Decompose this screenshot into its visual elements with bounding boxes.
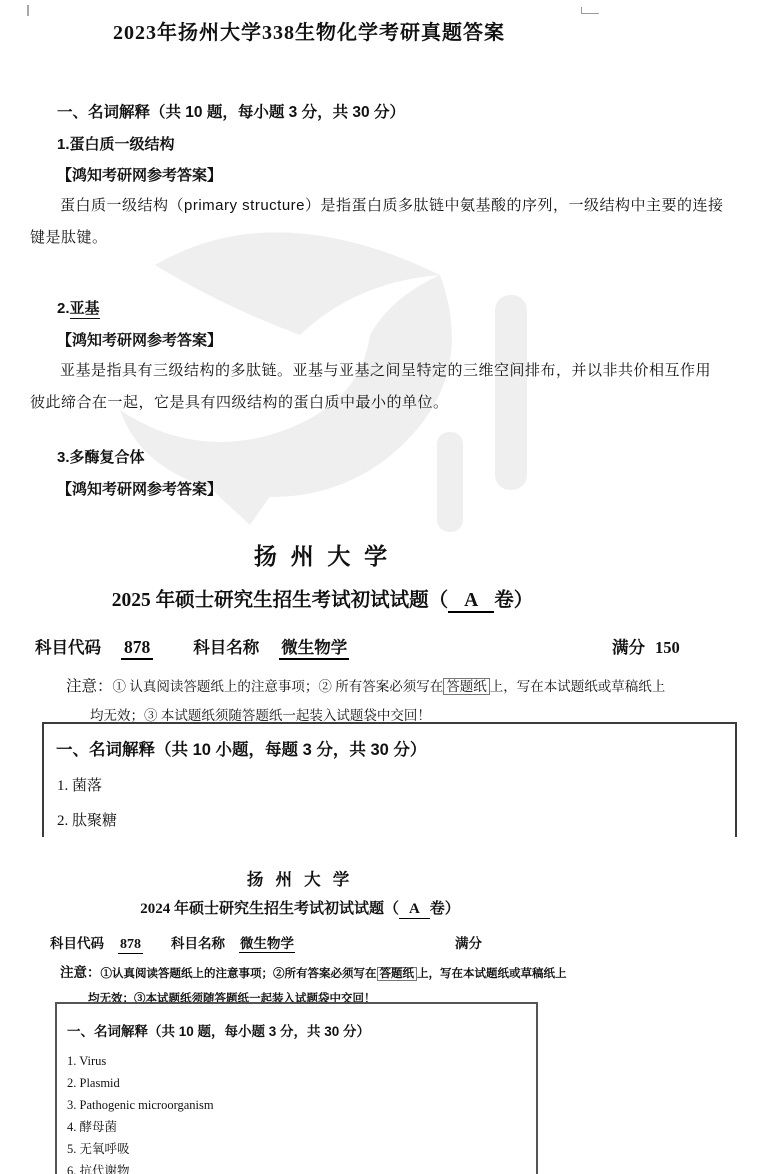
question-2024-1: 1. Virus [67,1050,536,1072]
term-2-number: 2. [57,300,70,317]
term-3-text: 多酶复合体 [70,449,145,466]
term-1-number: 1. [57,136,70,153]
term-2: 2.亚基 [57,297,100,318]
term-3: 3.多酶复合体 [57,446,145,467]
notice-2024-line1: 注意：①认真阅读答题纸上的注意事项；②所有答案必须写在答题纸上，写在本试题纸或草… [60,960,710,987]
answer-label-1: 【鸿知考研网参考答案】 [57,164,222,185]
question-2024-3: 3. Pathogenic microorganism [67,1094,536,1116]
answer-text-1: 蛋白质一级结构（primary structure）是指蛋白质多肽链中氨基酸的序… [30,190,736,254]
page-title: 2023年扬州大学338生物化学考研真题答案 [0,16,618,45]
section-heading-2023: 一、名词解释（共 10 题，每小题 3 分，共 30 分） [57,100,405,122]
notice-2025-part2: 上，写在本试题纸或草稿纸上 [490,679,666,694]
subject-name-label-2024: 科目名称 [171,936,225,951]
notice-2024-part1: ①认真阅读答题纸上的注意事项；②所有答案必须写在 [101,968,377,980]
notice-label-2025: 注意： [66,678,113,695]
full-score-label-2025: 满分 [612,638,645,657]
question-2024-5: 5. 无氧呼吸 [67,1138,536,1160]
question-section-heading-2025: 一、名词解释（共 10 小题，每题 3 分，共 30 分） [56,736,735,760]
term-3-number: 3. [57,449,70,466]
question-box-2025: 一、名词解释（共 10 小题，每题 3 分，共 30 分） 1. 菌落 2. 肽… [42,722,737,837]
exam-title-2025: 2025 年硕士研究生招生考试初试试题（A卷） [0,584,645,613]
full-score-label-2024: 满分 [455,936,482,951]
term-2-text: 亚基 [70,300,100,319]
answer-label-2: 【鸿知考研网参考答案】 [57,329,222,350]
subject-code-2024: 878 [118,937,143,954]
university-name-2024: 扬 州 大 学 [0,866,600,890]
subject-code-label-2025: 科目代码 [35,638,101,657]
full-score-2024: 满分 [455,932,482,952]
question-2024-2: 2. Plasmid [67,1072,536,1094]
subject-name-2025: 微生物学 [279,638,349,660]
question-2025-2: 2. 肽聚糖 [57,809,735,830]
exam-title-2025-prefix: 2025 年硕士研究生招生考试初试试题（ [112,590,448,611]
exam-title-2025-suffix: 卷） [494,590,533,611]
subject-code-2025: 878 [121,637,153,660]
exam-title-2024-suffix: 卷） [430,901,460,917]
document-page: 2023年扬州大学338生物化学考研真题答案 一、名词解释（共 10 题，每小题… [0,0,762,1174]
subject-code-label-2024: 科目代码 [50,936,104,951]
term-1: 1.蛋白质一级结构 [57,133,175,154]
exam-title-2024-prefix: 2024 年硕士研究生招生考试初试试题（ [140,901,399,917]
full-score-value-2025: 150 [655,638,680,657]
question-2024-6: 6. 抗代谢物 [67,1160,536,1174]
exam-variant-2024: A [399,902,430,919]
university-name-2025: 扬 州 大 学 [0,538,645,571]
margin-corner-icon [581,7,599,14]
exam-variant-2025: A [448,591,494,613]
question-2025-1: 1. 菌落 [57,774,735,795]
notice-2025-line1: 注意：① 认真阅读答题纸上的注意事项；② 所有答案必须写在答题纸上，写在本试题纸… [66,672,734,701]
term-1-text: 蛋白质一级结构 [70,136,175,153]
question-2024-4: 4. 酵母菌 [67,1116,536,1138]
notice-2025-part1: ① 认真阅读答题纸上的注意事项；② 所有答案必须写在 [113,679,444,694]
notice-2025-boxed-word: 答题纸 [443,678,490,695]
margin-tick-icon [27,5,29,16]
question-list-2024: 1. Virus 2. Plasmid 3. Pathogenic microo… [67,1050,536,1174]
subject-name-2024: 微生物学 [239,936,295,953]
subject-name-label-2025: 科目名称 [193,638,259,657]
question-box-2024: 一、名词解释（共 10 题，每小题 3 分，共 30 分） 1. Virus 2… [55,1002,538,1174]
notice-2024-part2: 上，写在本试题纸或草稿纸上 [417,968,567,980]
question-section-heading-2024: 一、名词解释（共 10 题，每小题 3 分，共 30 分） [67,1020,536,1040]
notice-label-2024: 注意： [60,965,101,980]
subject-row-2024: 科目代码878科目名称微生物学 [50,932,295,953]
answer-label-3: 【鸿知考研网参考答案】 [57,478,222,499]
subject-row-2025: 科目代码878科目名称微生物学 [35,634,349,658]
notice-2024-boxed-word: 答题纸 [377,967,418,981]
full-score-2025: 满分150 [612,634,680,658]
exam-title-2024: 2024 年硕士研究生招生考试初试试题（A卷） [0,897,600,919]
answer-text-2: 亚基是指具有三级结构的多肽链。亚基与亚基之间呈特定的三维空间排布，并以非共价相互… [30,355,722,419]
